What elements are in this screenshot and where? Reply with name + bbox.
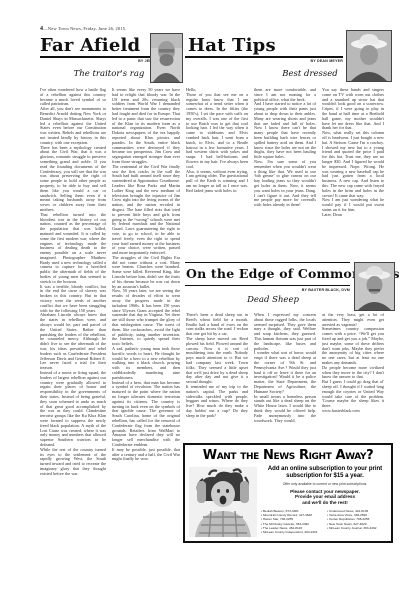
hat-tips-column-title: Best dressed — [230, 69, 390, 79]
excited-reader-photo — [189, 467, 257, 537]
hat-tips-col3: You say these bands and singers come on … — [322, 88, 384, 256]
hat-tips-col2: them are more comfortable, and since I a… — [254, 88, 316, 256]
hat-tips-rule — [185, 56, 343, 58]
ad-contact-text: Please contact your newspaper. Provide y… — [261, 489, 389, 505]
newspaper-item: McLean County Journal, 363-2492 — [327, 526, 389, 530]
masthead: 4—New Town News, Friday, June 26, 2015. — [40, 26, 126, 32]
ad-newspaper-lists: Beulah Beacon, 873-4381 Mountrail County… — [261, 509, 389, 535]
masthead-text: —New Town News, Friday, June 26, 2015. — [43, 26, 126, 31]
common-sense-byline: BY BAXTER BLACK, DVM — [250, 288, 350, 292]
far-afield-headline: Far Afield — [40, 35, 140, 56]
common-sense-rule — [185, 285, 350, 286]
common-sense-col3: at the very least, get a lot of attentio… — [322, 313, 384, 440]
subscription-ad: Want the News Right Away? Add an on — [183, 443, 393, 543]
ad-newspaper-list-left: Beulah Beacon, 873-4381 Mountrail County… — [261, 509, 323, 535]
newspaper-page: 4—New Town News, Friday, June 26, 2015. … — [0, 0, 400, 600]
ad-newspaper-list-right: Underwood News, 442-8136 Velva Area Voic… — [327, 509, 389, 535]
common-sense-top-rule — [185, 262, 350, 263]
ad-headline: Want the News Right Away? — [185, 448, 391, 463]
photo-woman-hands-on-head — [189, 467, 257, 537]
hat-tips-col1: Hello, Those of you that see me on a reg… — [186, 88, 248, 256]
far-afield-col1: I've often wondered how a battle flag of… — [40, 88, 106, 545]
common-sense-col2: When I expressed my concern about those … — [254, 313, 316, 440]
common-sense-col1: There's been a dead sheep out in Reed's … — [186, 313, 248, 440]
ad-fine-print: Offer only available to current or new p… — [261, 482, 389, 486]
far-afield-col2: It seems like every 50 years we have had… — [112, 88, 180, 545]
hat-tips-headline: Hat Tips — [188, 35, 276, 56]
newspaper-item: McLean County Independent, 463-2201 — [261, 530, 323, 534]
ad-offer-text: Add an online subscription to your print… — [261, 466, 389, 480]
common-sense-column-title: Dead Sheep — [185, 295, 361, 305]
far-afield-column-title: The traitor's rag — [40, 69, 178, 79]
ad-copy: Add an online subscription to your print… — [261, 466, 389, 535]
hat-tips-byline: BY DEAN MEYER — [243, 59, 343, 63]
